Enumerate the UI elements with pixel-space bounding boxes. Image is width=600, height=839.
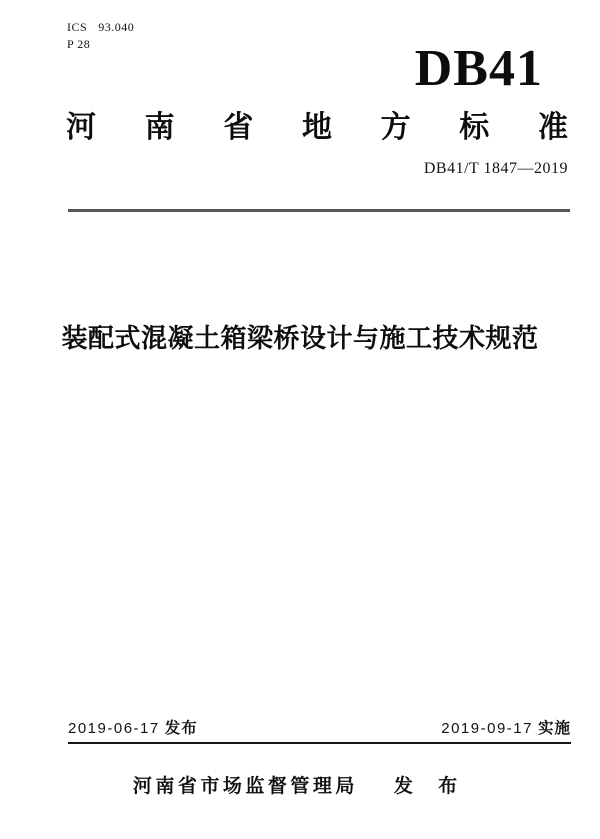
issue-date: 2019-06-17 bbox=[68, 720, 160, 737]
publish-label: 发 布 bbox=[394, 776, 467, 797]
standard-category-title: 河 南 省 地 方 标 准 bbox=[66, 111, 568, 145]
ics-line: ICS93.040 bbox=[67, 19, 134, 36]
implement-date-group: 2019-09-17实施 bbox=[441, 716, 571, 738]
standard-body-code: DB41 bbox=[415, 43, 543, 95]
category-char: 准 bbox=[538, 111, 568, 145]
category-char: 省 bbox=[223, 111, 253, 145]
implement-date: 2019-09-17 bbox=[441, 720, 533, 737]
category-char: 南 bbox=[145, 111, 175, 145]
issue-date-group: 2019-06-17发布 bbox=[68, 716, 198, 738]
issue-label: 发布 bbox=[165, 720, 198, 737]
ics-code: 93.040 bbox=[98, 20, 134, 34]
category-char: 标 bbox=[459, 111, 489, 145]
ics-label: ICS bbox=[67, 20, 87, 34]
publisher-name: 河南省市场监督管理局 bbox=[133, 776, 358, 797]
publisher-row: 河南省市场监督管理局发 布 bbox=[0, 771, 600, 798]
classification-block: ICS93.040 P 28 bbox=[67, 19, 134, 53]
header-divider bbox=[68, 209, 570, 212]
document-number: DB41/T 1847—2019 bbox=[424, 160, 568, 178]
implement-label: 实施 bbox=[538, 720, 571, 737]
dates-row: 2019-06-17发布 2019-09-17实施 bbox=[68, 716, 571, 744]
class-code-line: P 28 bbox=[67, 36, 134, 53]
category-char: 河 bbox=[66, 111, 96, 145]
document-title: 装配式混凝土箱梁桥设计与施工技术规范 bbox=[0, 321, 600, 355]
category-char: 方 bbox=[381, 111, 411, 145]
category-char: 地 bbox=[302, 111, 332, 145]
standard-cover-page: ICS93.040 P 28 DB41 河 南 省 地 方 标 准 DB41/T… bbox=[0, 0, 600, 839]
